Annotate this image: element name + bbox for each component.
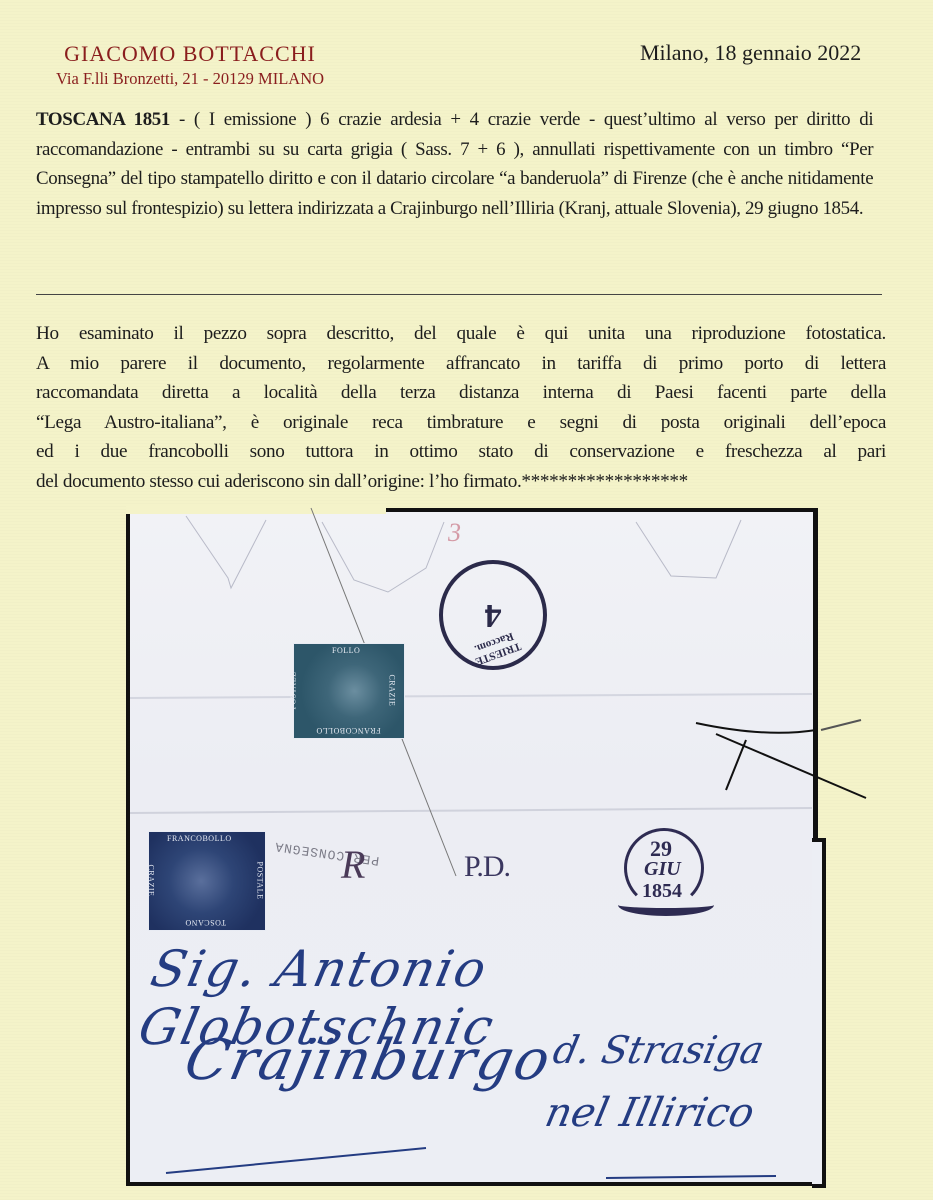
address-line-3: nel Illirico (541, 1090, 758, 1136)
stamp-label: CRAZIE (387, 675, 396, 707)
opinion-line: “Lega Austro-italiana”, è originale reca… (36, 408, 886, 438)
description-title: TOSCANA 1851 (36, 109, 170, 130)
letter-photo: 3 FOLLO POSTALE CRAZIE FRANCOBOLLO 4 TRI… (126, 508, 818, 1186)
stamp-green-4-crazie: FOLLO POSTALE CRAZIE FRANCOBOLLO (293, 643, 405, 739)
company-address: Via F.lli Bronzetti, 21 - 20129 MILANO (40, 68, 340, 90)
postmark-month: GIU (644, 858, 681, 881)
postmark-banner (618, 894, 714, 916)
opinion-line: ed i due francobolli sono tuttora in ott… (36, 437, 886, 467)
stamp-label: FRANCOBOLLO (167, 834, 232, 843)
opinion-line: A mio parere il documento, regolarmente … (36, 349, 886, 379)
stamp-label: POSTALE (288, 672, 297, 710)
company-name: GIACOMO BOTTACCHI (40, 40, 340, 68)
stamp-label: POSTALE (255, 862, 264, 900)
stamp-label: CRAZIE (146, 865, 155, 897)
firenze-postmark: 29 GIU 1854 (610, 828, 718, 920)
stamp-blue-6-crazie: FRANCOBOLLO CRAZIE POSTALE TOSCANO (148, 831, 266, 931)
red-pencil-mark: 3 (448, 518, 461, 548)
address-line-2: Crajinburgo (179, 1028, 557, 1093)
stamp-label: TOSCANO (185, 918, 226, 927)
opinion-line: raccomandata diretta a località della te… (36, 378, 886, 408)
header-left: GIACOMO BOTTACCHI Via F.lli Bronzetti, 2… (40, 40, 340, 90)
registration-mark: R (341, 841, 365, 888)
stamp-label: FRANCOBOLLO (316, 726, 381, 735)
description-paragraph: TOSCANA 1851 - ( I emissione ) 6 crazie … (36, 105, 873, 223)
place-date: Milano, 18 gennaio 2022 (640, 40, 861, 66)
opinion-line: Ho esaminato il pezzo sopra descritto, d… (36, 319, 886, 349)
trieste-postmark: 4 TRIESTE Raccom. (439, 560, 547, 670)
address-line-2b: d. Strasiga (549, 1028, 768, 1072)
opinion-paragraph: Ho esaminato il pezzo sopra descritto, d… (36, 319, 886, 496)
stamp-label: FOLLO (332, 646, 360, 655)
divider (36, 294, 882, 295)
opinion-line: del documento stesso cui aderiscono sin … (36, 467, 886, 497)
pd-mark: P.D. (464, 850, 510, 884)
